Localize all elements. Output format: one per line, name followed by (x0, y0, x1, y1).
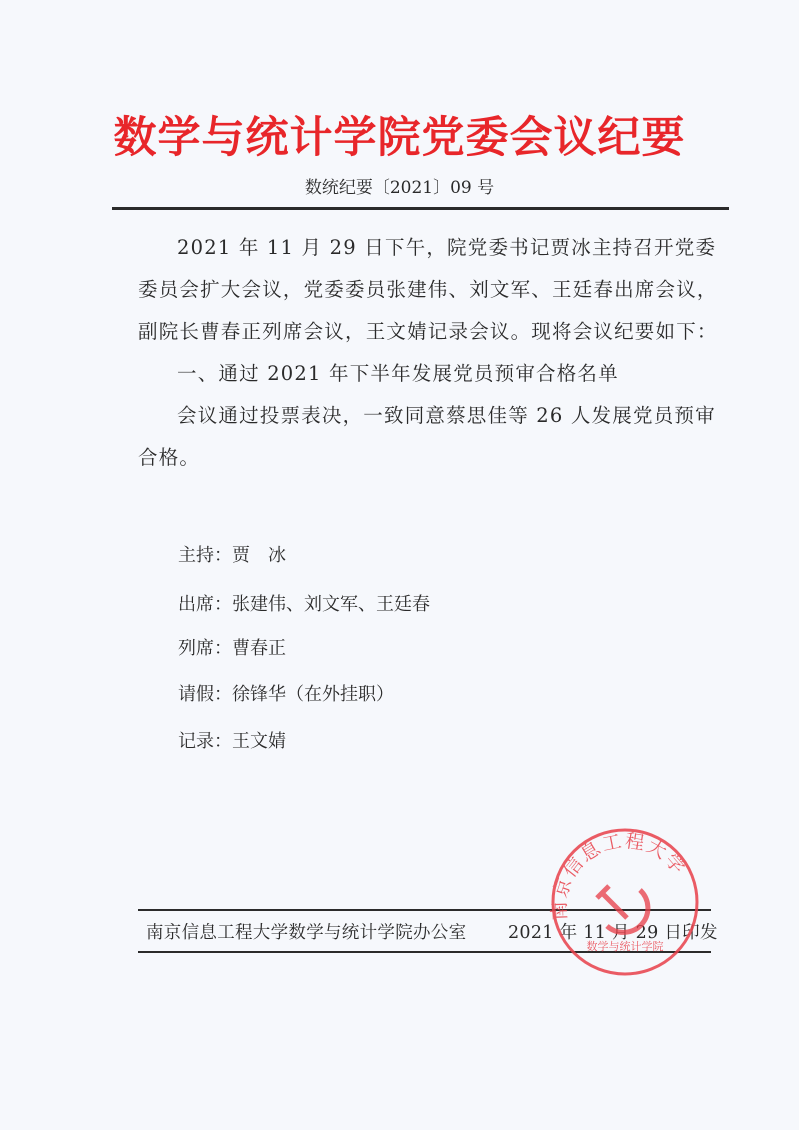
attendance-label: 列席： (178, 638, 232, 659)
header-divider (112, 207, 729, 210)
attendance-present: 出席：张建伟、刘文军、王廷春 (178, 590, 430, 616)
attendance-absent: 请假：徐锋华（在外挂职） (178, 680, 394, 706)
attendance-value: 贾 冰 (232, 545, 286, 566)
paragraph-item-body: 会议通过投票表决，一致同意蔡思佳等 26 人发展党员预审合格。 (138, 395, 718, 479)
attendance-label: 记录： (178, 731, 232, 752)
attendance-label: 请假： (178, 684, 232, 705)
document-title: 数学与统计学院党委会议纪要 (0, 104, 799, 165)
attendance-label: 主持： (178, 545, 232, 566)
paragraph-item-heading: 一、通过 2021 年下半年发展党员预审合格名单 (138, 353, 718, 395)
attendance-host: 主持：贾 冰 (178, 541, 286, 567)
document-number: 数统纪要〔2021〕09 号 (0, 173, 799, 198)
seal-bottom-text: 数学与统计学院 (587, 939, 664, 953)
paragraph-intro: 2021 年 11 月 29 日下午，院党委书记贾冰主持召开党委委员会扩大会议，… (138, 227, 718, 353)
attendance-value: 张建伟、刘文军、王廷春 (232, 594, 430, 615)
official-seal-icon: 南京信息工程大学 数学与统计学院 (545, 822, 705, 977)
attendance-label: 出席： (178, 594, 232, 615)
attendance-value: 徐锋华（在外挂职） (232, 684, 394, 705)
attendance-recorder: 记录：王文婧 (178, 727, 286, 753)
footer-issuer: 南京信息工程大学数学与统计学院办公室 (146, 923, 466, 943)
attendance-observer: 列席：曹春正 (178, 634, 286, 660)
attendance-value: 曹春正 (232, 638, 286, 659)
attendance-value: 王文婧 (232, 731, 286, 752)
